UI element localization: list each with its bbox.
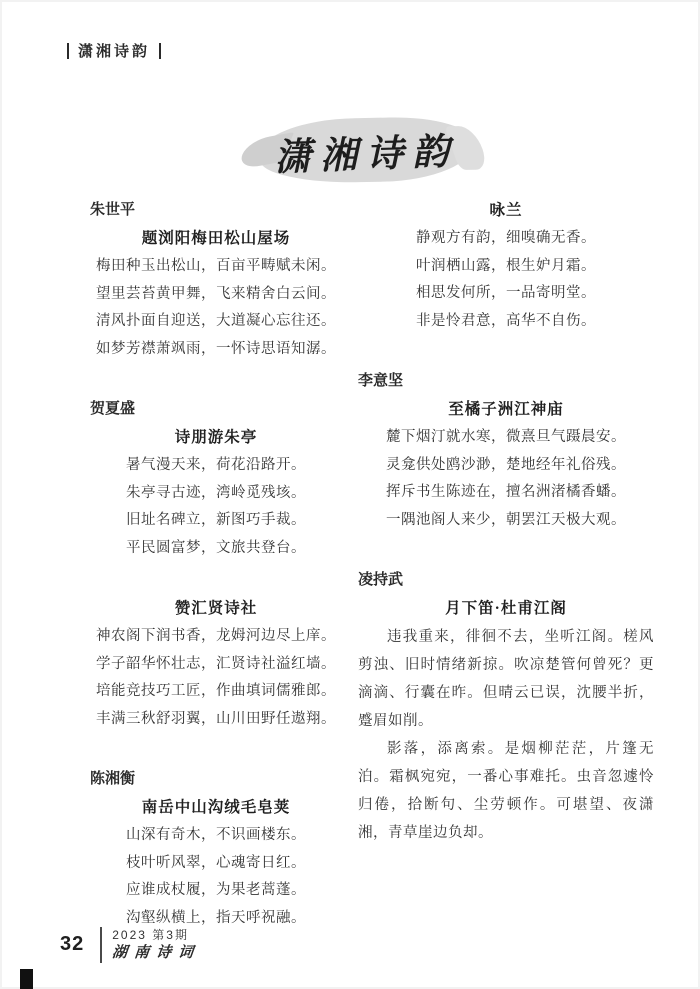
header-rule-right <box>159 43 161 59</box>
poem-line: 枝叶听风翠，心魂寄日红。 <box>90 850 342 878</box>
poem-line: 如梦芳襟萧飒雨，一怀诗思语知潺。 <box>90 336 342 364</box>
header-rule-left <box>67 43 69 59</box>
poem-line: 一隅池阁人来少，朝罢江天极大观。 <box>358 507 654 535</box>
poem: 陈湘衡南岳中山沟绒毛皂荚山深有奇木，不识画楼东。枝叶听风翠，心魂寄日红。应谁成杖… <box>90 765 342 932</box>
running-head: 潇湘诗韵 <box>58 40 170 61</box>
poem-line: 应谁成杖履，为果老蒿蓬。 <box>90 877 342 905</box>
poem-title: 题浏阳梅田松山屋场 <box>90 224 342 253</box>
poem-author: 李意坚 <box>358 367 654 395</box>
poem: 贺夏盛诗朋游朱亭暑气漫天来，荷花沿路开。朱亭寻古迹，湾岭觅残垓。旧址名碑立，新图… <box>90 395 342 562</box>
poem-title: 赞汇贤诗社 <box>90 594 342 623</box>
issue-label: 2023 第3期 <box>112 927 200 943</box>
poem: 咏兰静观方有韵，细嗅确无香。叶润栖山露，根生妒月霜。相思发何所，一品寄明堂。非是… <box>358 196 654 335</box>
journal-name-calligraphy: 湖南诗词 <box>111 943 201 963</box>
poem-line: 挥斥书生陈迹在，擅名洲渚橘香蟠。 <box>358 479 654 507</box>
poem-line: 平民圆富梦，文旅共登台。 <box>90 535 342 563</box>
section-title-banner: 潇湘诗韵 <box>248 110 478 190</box>
right-column: 咏兰静观方有韵，细嗅确无香。叶润栖山露，根生妒月霜。相思发何所，一品寄明堂。非是… <box>358 196 654 879</box>
poem-paragraph: 影落，添离索。是烟柳茫茫，片篷无泊。霜枫宛宛，一番心事难托。虫音忽遽怜归倦，拾断… <box>358 735 654 847</box>
poem-title: 诗朋游朱亭 <box>90 423 342 452</box>
poem-line: 叶润栖山露，根生妒月霜。 <box>358 253 654 281</box>
poem-author: 朱世平 <box>90 196 342 224</box>
poem-line: 灵龛供处鸥沙渺，楚地经年礼俗残。 <box>358 452 654 480</box>
poem: 赞汇贤诗社神农阁下润书香，龙姆河边尽上庠。学子韶华怀壮志，汇贤诗社溢红墙。培能竞… <box>90 594 342 733</box>
poem-title: 咏兰 <box>358 196 654 225</box>
poem-line: 梅田种玉出松山，百亩平畴赋未闲。 <box>90 253 342 281</box>
left-column: 朱世平题浏阳梅田松山屋场梅田种玉出松山，百亩平畴赋未闲。望里芸苔黄甲舞，飞来精舍… <box>90 196 342 964</box>
poem-author: 凌持武 <box>358 566 654 594</box>
poem-author: 陈湘衡 <box>90 765 342 793</box>
poem-line: 麓下烟汀就水寒，微熹旦气蹑晨安。 <box>358 424 654 452</box>
print-registration-mark <box>20 969 33 989</box>
poem-line: 暑气漫天来，荷花沿路开。 <box>90 452 342 480</box>
poem-line: 非是怜君意，高华不自伤。 <box>358 308 654 336</box>
poem: 凌持武月下笛·杜甫江阁违我重来，徘徊不去，坐听江阁。槎风剪浊、旧时情绪新掠。吹凉… <box>358 566 654 847</box>
journal-info: 2023 第3期 湖南诗词 <box>112 927 200 963</box>
poem: 朱世平题浏阳梅田松山屋场梅田种玉出松山，百亩平畴赋未闲。望里芸苔黄甲舞，飞来精舍… <box>90 196 342 363</box>
poem-line: 朱亭寻古迹，湾岭觅残垓。 <box>90 480 342 508</box>
poem-paragraph: 违我重来，徘徊不去，坐听江阁。槎风剪浊、旧时情绪新掠。吹凉楚管何曾死？更滴滴、行… <box>358 623 654 735</box>
poem-title: 至橘子洲江神庙 <box>358 395 654 424</box>
poem-line: 丰满三秋舒羽翼，山川田野任遨翔。 <box>90 706 342 734</box>
poem-line: 神农阁下润书香，龙姆河边尽上庠。 <box>90 623 342 651</box>
poem-author: 贺夏盛 <box>90 395 342 423</box>
poem-line: 山深有奇木，不识画楼东。 <box>90 822 342 850</box>
poem-title: 南岳中山沟绒毛皂荚 <box>90 793 342 822</box>
poem-title: 月下笛·杜甫江阁 <box>358 594 654 623</box>
poem-line: 清风扑面自迎送，大道凝心忘往还。 <box>90 308 342 336</box>
poem: 李意坚至橘子洲江神庙麓下烟汀就水寒，微熹旦气蹑晨安。灵龛供处鸥沙渺，楚地经年礼俗… <box>358 367 654 534</box>
poem-line: 培能竞技巧工匠，作曲填词儒雅郎。 <box>90 678 342 706</box>
page-number: 32 <box>60 927 84 961</box>
running-head-text: 潇湘诗韵 <box>78 40 150 61</box>
page-footer: 32 2023 第3期 湖南诗词 <box>60 927 200 963</box>
poem-line: 望里芸苔黄甲舞，飞来精舍白云间。 <box>90 281 342 309</box>
poem-line: 旧址名碑立，新图巧手裁。 <box>90 507 342 535</box>
magazine-page: 潇湘诗韵 潇湘诗韵 朱世平题浏阳梅田松山屋场梅田种玉出松山，百亩平畴赋未闲。望里… <box>0 0 700 989</box>
footer-divider <box>100 927 102 963</box>
poem-line: 学子韶华怀壮志，汇贤诗社溢红墙。 <box>90 651 342 679</box>
poem-line: 相思发何所，一品寄明堂。 <box>358 280 654 308</box>
poem-line: 静观方有韵，细嗅确无香。 <box>358 225 654 253</box>
banner-calligraphy-text: 潇湘诗韵 <box>247 120 479 182</box>
